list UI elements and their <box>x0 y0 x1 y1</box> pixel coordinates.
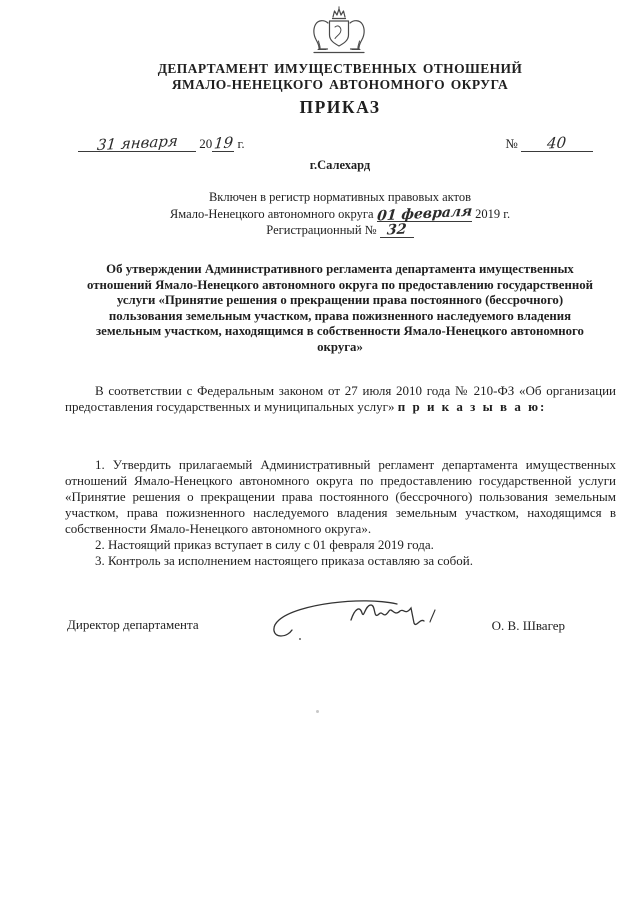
number-field: № 40 <box>505 136 593 152</box>
year-suffix: г. <box>238 136 245 151</box>
coat-of-arms <box>300 6 378 63</box>
registry-line2-suffix: 2019 г. <box>475 207 510 221</box>
registry-date-blank-line: 01 февраля <box>377 207 472 222</box>
handwritten-registry-date: 01 февраля <box>376 204 472 223</box>
signature-row: Директор департамента О. В. Швагер <box>67 596 565 652</box>
date-blank-line: 31 января <box>78 136 196 152</box>
date-number-row: 31 января 2019 г. № 40 <box>78 124 593 154</box>
document-title: Об утверждении Административного регламе… <box>80 262 600 356</box>
registry-number-blank-line: 32 <box>380 223 414 238</box>
registry-line3: Регистрационный № 32 <box>60 222 620 239</box>
year-prefix: 20 <box>199 136 212 151</box>
number-blank-line: 40 <box>521 136 593 152</box>
registry-line2-prefix: Ямало-Ненецкого автономного округа <box>170 207 374 221</box>
number-label: № <box>505 136 517 151</box>
registry-line2: Ямало-Ненецкого автономного округа 01 фе… <box>60 206 620 223</box>
date-field: 31 января 2019 г. <box>78 136 245 152</box>
signature-icon <box>267 596 442 651</box>
order-item-2: 2. Настоящий приказ вступает в силу с 01… <box>65 537 616 553</box>
org-name-line2: ЯМАЛО-НЕНЕЦКОГО АВТОНОМНОГО ОКРУГА <box>60 77 620 93</box>
scan-speck <box>316 710 319 713</box>
handwritten-year: 19 <box>213 135 233 150</box>
signer-position: Директор департамента <box>67 617 199 633</box>
registry-line1: Включен в регистр нормативных правовых а… <box>60 189 620 206</box>
order-items: 1. Утвердить прилагаемый Административны… <box>65 457 616 569</box>
preamble-emphasis: п р и к а з ы в а ю: <box>398 399 547 414</box>
registry-number-label: Регистрационный № <box>266 223 376 237</box>
org-name-line1: ДЕПАРТАМЕНТ ИМУЩЕСТВЕННЫХ ОТНОШЕНИЙ <box>60 61 620 77</box>
preamble: В соответствии с Федеральным законом от … <box>65 383 616 415</box>
doc-type-title: ПРИКАЗ <box>60 97 620 118</box>
order-item-1: 1. Утвердить прилагаемый Административны… <box>65 457 616 537</box>
document-page: ДЕПАРТАМЕНТ ИМУЩЕСТВЕННЫХ ОТНОШЕНИЙ ЯМАЛ… <box>0 0 640 905</box>
coat-of-arms-icon <box>300 6 378 58</box>
place-line: г.Салехард <box>60 158 620 173</box>
handwritten-number: 40 <box>547 135 567 150</box>
year-blank-line: 19 <box>212 136 234 152</box>
handwritten-date: 31 января <box>96 134 178 152</box>
order-item-3: 3. Контроль за исполнением настоящего пр… <box>65 553 616 569</box>
handwritten-registry-number: 32 <box>386 222 407 237</box>
registry-block: Включен в регистр нормативных правовых а… <box>60 189 620 239</box>
org-name: ДЕПАРТАМЕНТ ИМУЩЕСТВЕННЫХ ОТНОШЕНИЙ ЯМАЛ… <box>60 61 620 93</box>
signer-name: О. В. Швагер <box>492 618 565 634</box>
